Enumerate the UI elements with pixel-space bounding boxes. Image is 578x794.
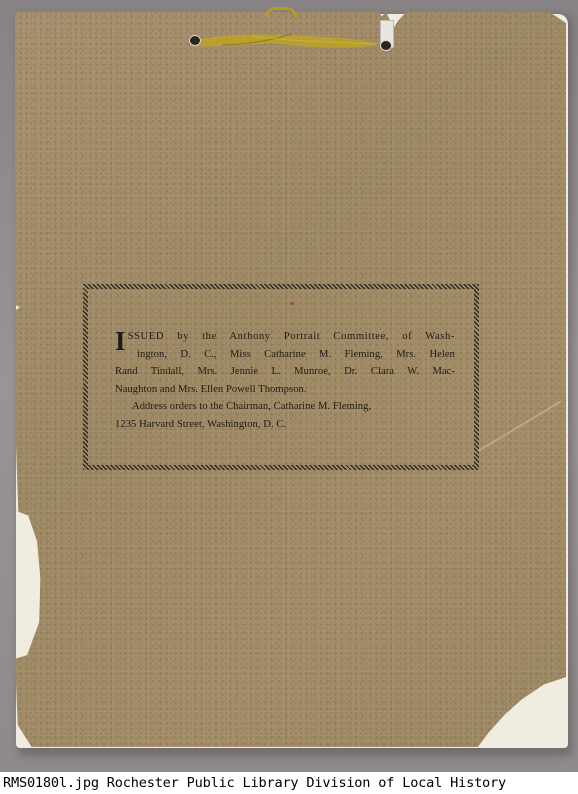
ribbon-loop	[265, 7, 297, 17]
imprint-text: I SSUED by the Anthony Portrait Committe…	[115, 328, 455, 433]
imprint-line-2: ington, D. C., Miss Catharine M. Fleming…	[115, 346, 455, 364]
imprint-line-6: 1235 Harvard Street, Washington, D. C.	[115, 416, 455, 434]
ink-stain	[290, 302, 294, 305]
ribbon-hole-right	[381, 41, 391, 50]
image-caption: RMS0180l.jpg Rochester Public Library Di…	[0, 772, 578, 794]
imprint-line-4: Naughton and Mrs. Ellen Powell Thompson.	[115, 381, 455, 399]
ribbon-hole-left	[190, 36, 200, 45]
imprint-line-3: Rand Tindall, Mrs. Jennie L. Munroe, Dr.…	[115, 363, 455, 381]
imprint-line-1: SSUED by the Anthony Portrait Committee,…	[115, 328, 455, 346]
dropcap: I	[115, 328, 126, 352]
imprint-line-5: Address orders to the Chairman, Catharin…	[115, 398, 455, 416]
ribbon-hanger-icon	[192, 30, 382, 50]
